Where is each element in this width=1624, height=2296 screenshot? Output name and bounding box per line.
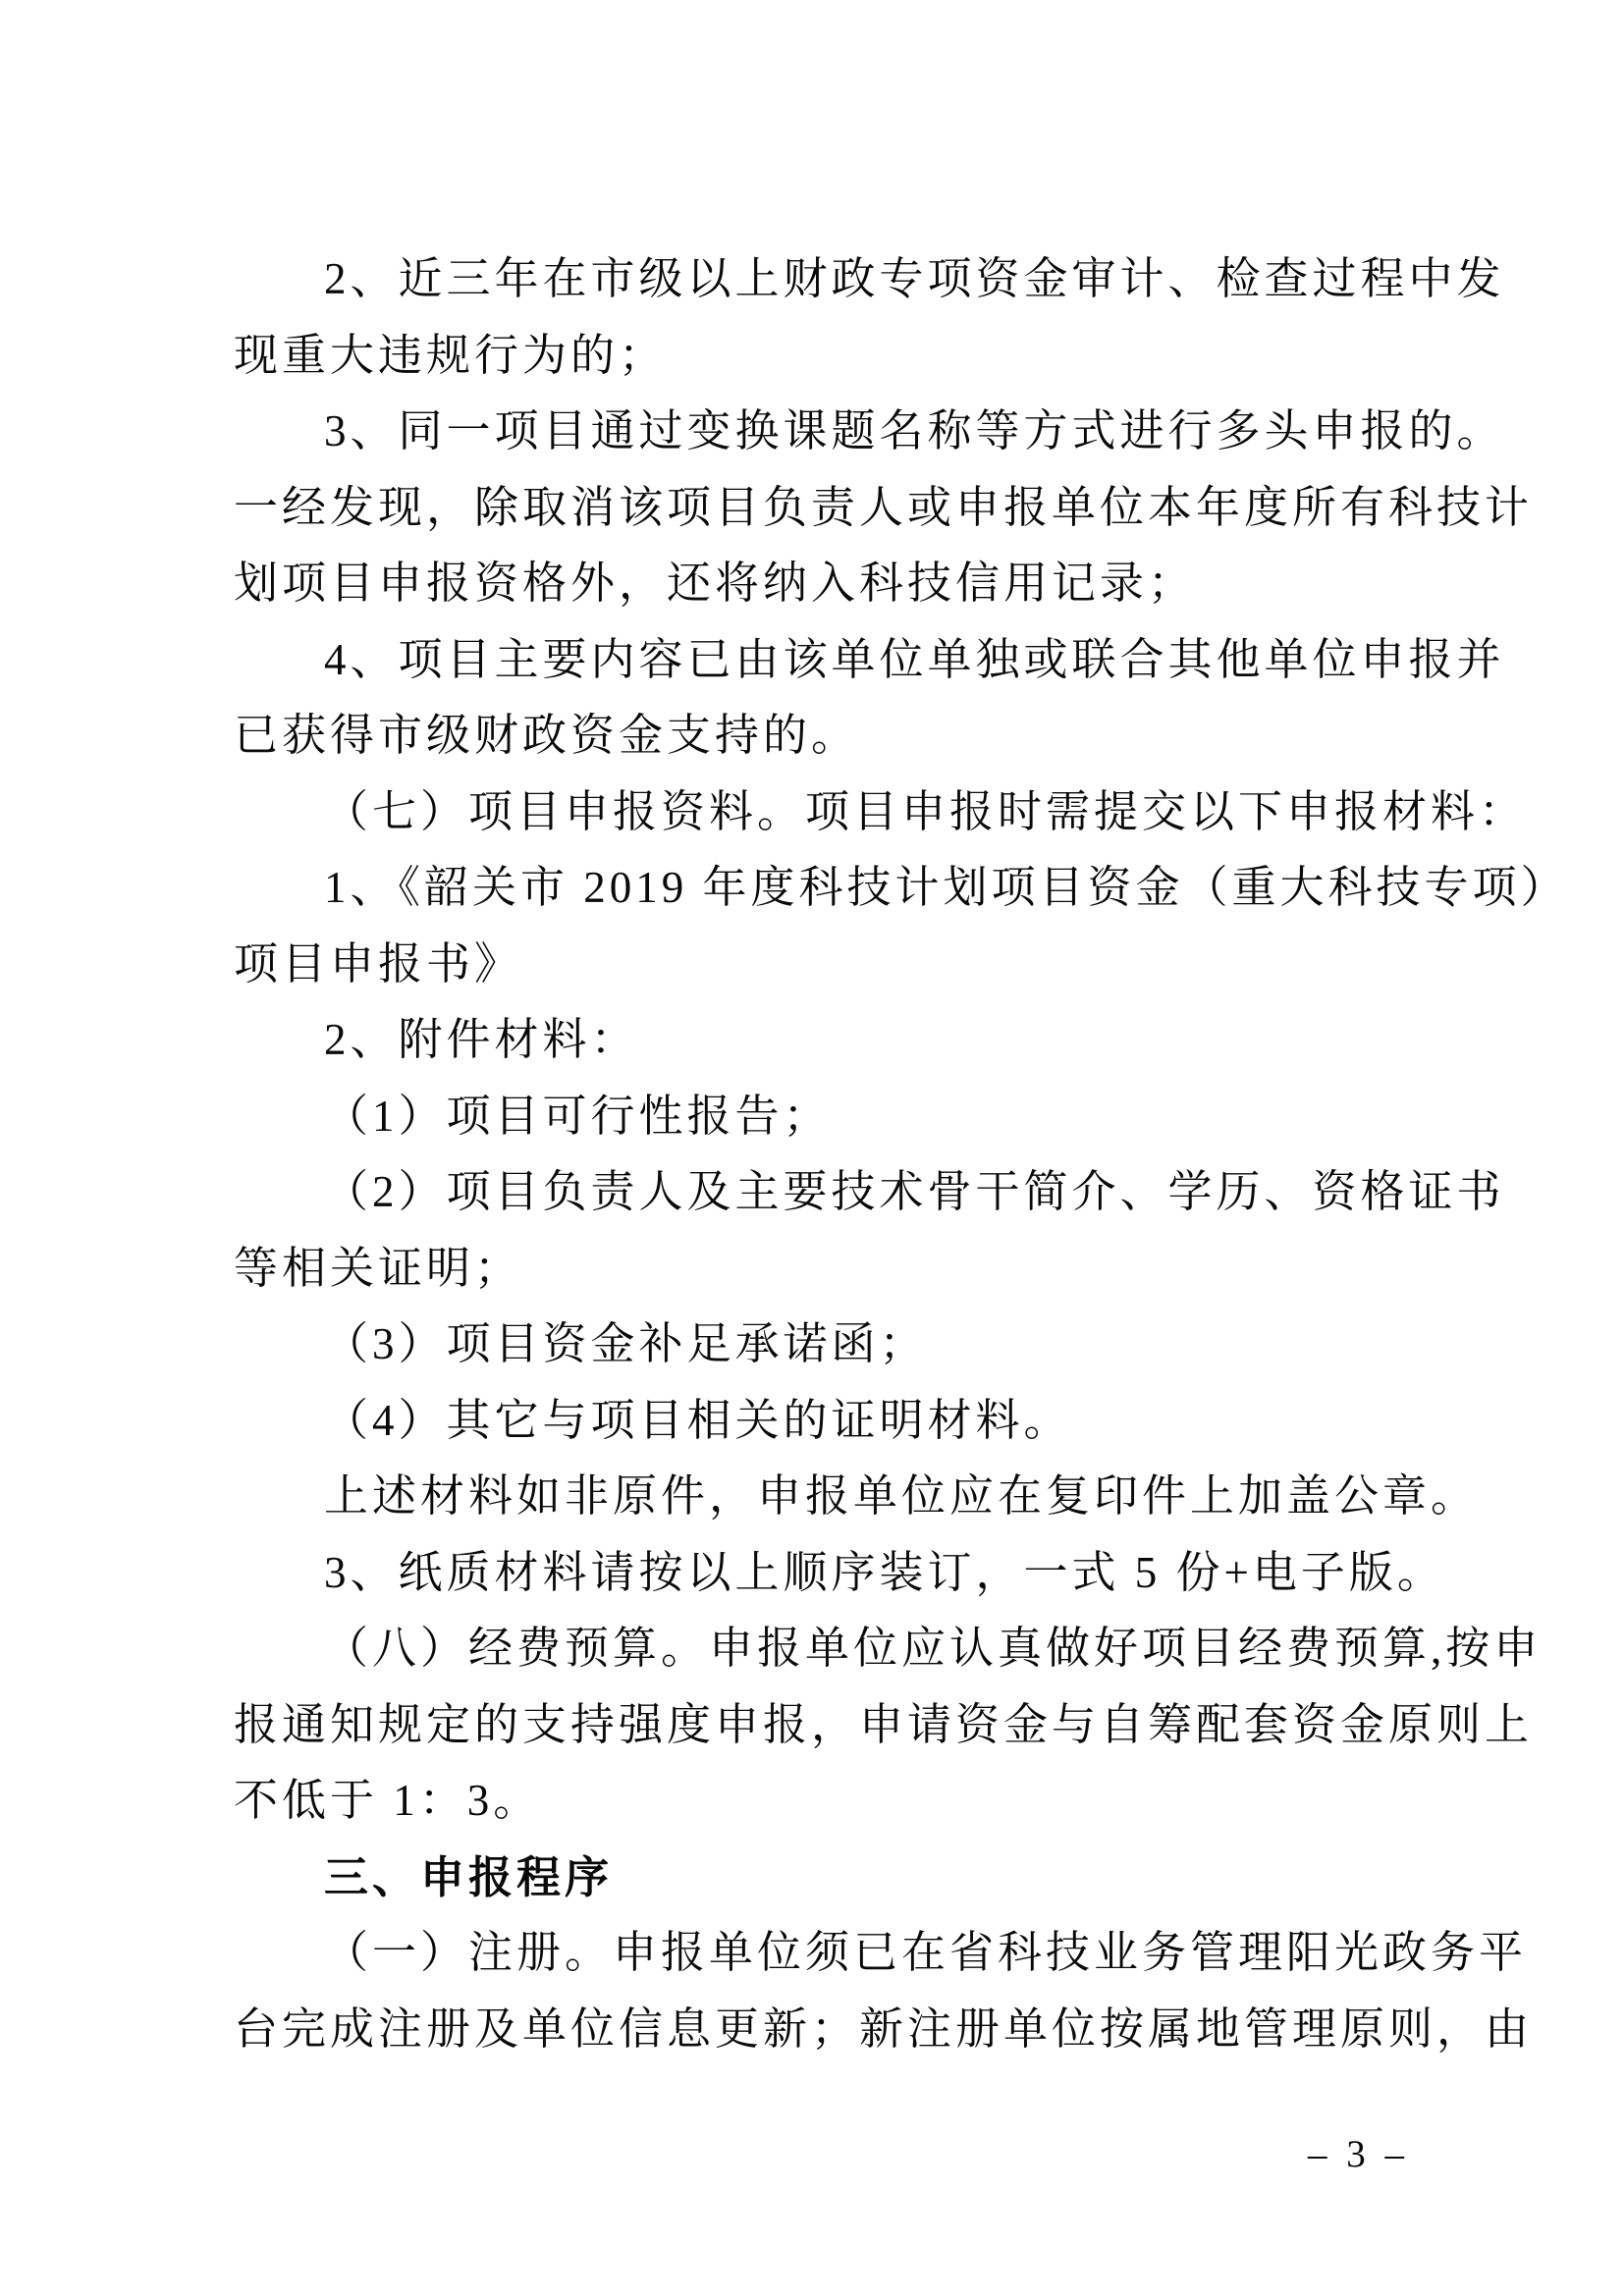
text-line: 3、同一项目通过变换课题名称等方式进行多头申报的。 xyxy=(234,394,1402,470)
page-number: – 3 – xyxy=(1308,2130,1406,2179)
text-line: 划项目申报资格外，还将纳入科技信用记录； xyxy=(234,546,1402,622)
text-line: 已获得市级财政资金支持的。 xyxy=(234,698,1402,774)
document-body: 2、近三年在市级以上财政专项资金审计、检查过程中发 现重大违规行为的； 3、同一… xyxy=(234,241,1402,2067)
text-line: 项目申报书》 xyxy=(234,927,1402,1003)
text-line: 1、《韶关市 2019 年度科技计划项目资金（重大科技专项） xyxy=(234,850,1402,927)
text-line: （1）项目可行性报告； xyxy=(234,1079,1402,1155)
text-line: 上述材料如非原件，申报单位应在复印件上加盖公章。 xyxy=(234,1459,1402,1535)
text-line: （一）注册。申报单位须已在省科技业务管理阳光政务平 xyxy=(234,1915,1402,1992)
text-line: （八）经费预算。申报单位应认真做好项目经费预算,按申 xyxy=(234,1611,1402,1687)
text-line: 一经发现，除取消该项目负责人或申报单位本年度所有科技计 xyxy=(234,470,1402,547)
text-line: 3、纸质材料请按以上顺序装订，一式 5 份+电子版。 xyxy=(234,1535,1402,1612)
text-line: （2）项目负责人及主要技术骨干简介、学历、资格证书 xyxy=(234,1154,1402,1231)
text-line: 现重大违规行为的； xyxy=(234,318,1402,395)
text-line: 台完成注册及单位信息更新；新注册单位按属地管理原则，由 xyxy=(234,1992,1402,2068)
text-line: 等相关证明； xyxy=(234,1231,1402,1308)
text-line: （3）项目资金补足承诺函； xyxy=(234,1307,1402,1383)
text-line: 4、项目主要内容已由该单位单独或联合其他单位申报并 xyxy=(234,622,1402,699)
section-heading-application-procedure: 三、申报程序 xyxy=(234,1840,1402,1916)
text-line: 不低于 1：3。 xyxy=(234,1763,1402,1840)
text-line: 报通知规定的支持强度申报，申请资金与自筹配套资金原则上 xyxy=(234,1687,1402,1764)
text-line: 2、近三年在市级以上财政专项资金审计、检查过程中发 xyxy=(234,241,1402,318)
text-line: （七）项目申报资料。项目申报时需提交以下申报材料： xyxy=(234,774,1402,851)
document-page: 2、近三年在市级以上财政专项资金审计、检查过程中发 现重大违规行为的； 3、同一… xyxy=(0,0,1624,2296)
text-line: （4）其它与项目相关的证明材料。 xyxy=(234,1383,1402,1460)
text-line: 2、附件材料： xyxy=(234,1002,1402,1079)
